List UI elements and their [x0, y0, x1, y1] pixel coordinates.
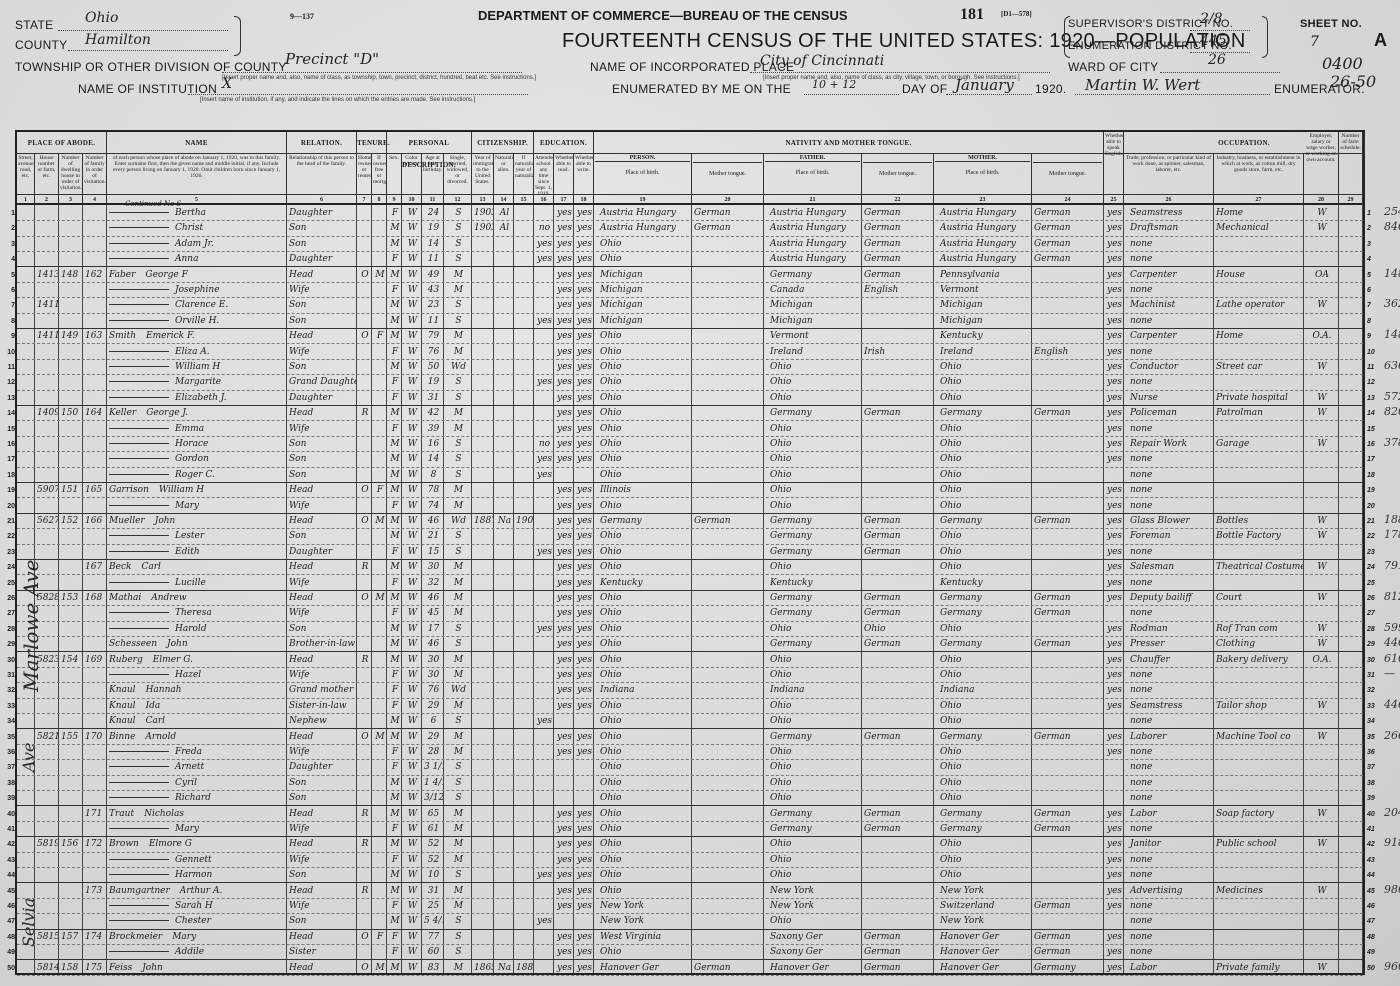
pob-cell: West Virginia	[596, 929, 695, 945]
age-cell: 14	[424, 451, 443, 467]
department-title: DEPARTMENT OF COMMERCE—BUREAU OF THE CEN…	[478, 8, 848, 23]
immig-cell	[474, 405, 493, 421]
f-tongue-cell: German	[864, 251, 933, 267]
read-cell: yes	[556, 528, 573, 544]
mort-cell	[374, 282, 386, 298]
relation-cell: Head	[289, 929, 356, 945]
m-pob-cell: Ohio	[936, 759, 1035, 775]
write-cell: yes	[576, 621, 593, 637]
mort-cell	[374, 205, 386, 221]
line-number: 38	[1, 775, 15, 791]
dwelling-cell: 154	[61, 652, 82, 668]
tongue-cell	[694, 344, 763, 360]
pob-cell: Ohio	[596, 852, 695, 868]
state-line	[58, 30, 228, 31]
col-header-4: Number of family in order of visitation.	[83, 154, 107, 194]
surname: Traut	[109, 809, 134, 819]
tongue-cell	[694, 867, 763, 883]
english-cell: yes	[1106, 929, 1123, 945]
township-note: [Insert proper name and, also, name of c…	[222, 75, 536, 81]
marital-cell: M	[446, 729, 471, 745]
natyr-cell	[516, 883, 533, 899]
relation-cell: Son	[289, 790, 356, 806]
nat-cell	[496, 944, 513, 960]
natyr-cell	[516, 836, 533, 852]
marital-cell: M	[446, 590, 471, 606]
write-cell: yes	[576, 205, 593, 221]
write-cell: yes	[576, 590, 593, 606]
ditto-dash	[109, 551, 169, 552]
line-number-right: 36	[1367, 744, 1375, 760]
age-cell: 1 4/12	[424, 775, 443, 791]
race-cell: W	[404, 313, 421, 329]
race-cell: W	[404, 790, 421, 806]
table-row: 2525LucilleWifeFW32MyesyesKentuckyKentuc…	[17, 575, 1363, 591]
given-name: John	[155, 516, 176, 526]
age-cell: 83	[424, 960, 443, 976]
m-pob-cell: Ohio	[936, 667, 1035, 683]
sex-cell: M	[389, 590, 401, 606]
pob-cell: Ohio	[596, 390, 695, 406]
dwelling-cell	[61, 498, 82, 514]
relation-cell: Son	[289, 359, 356, 375]
given-name: Gordon	[175, 454, 209, 464]
marital-cell: M	[446, 821, 471, 837]
column-number: 3	[59, 194, 83, 205]
industry-cell: Theatrical Costume	[1216, 559, 1303, 575]
sex-cell: F	[389, 667, 401, 683]
farm-schedule-cell	[1341, 913, 1362, 929]
trade-cell: none	[1126, 867, 1217, 883]
line-number-right: 1	[1367, 205, 1371, 221]
table-row: 33Adam Jr.SonMW14SyesyesyesOhioAustria H…	[17, 236, 1363, 252]
natyr-cell	[516, 652, 533, 668]
enumerator-line	[1075, 94, 1270, 95]
col-header-16: Attended school any time since Sept. 1, …	[534, 154, 554, 194]
ditto-dash	[109, 243, 169, 244]
f-tongue-cell	[864, 883, 933, 899]
class-cell	[1306, 821, 1338, 837]
f-tongue-cell	[864, 467, 933, 483]
race-cell: W	[404, 575, 421, 591]
relation-cell: Head	[289, 405, 356, 421]
house-cell	[37, 898, 58, 914]
line-number-right: 31	[1367, 667, 1375, 683]
sheet-number: 7	[1310, 34, 1319, 50]
home-cell	[359, 667, 371, 683]
industry-cell	[1216, 251, 1303, 267]
house-cell	[37, 713, 58, 729]
age-cell: 14	[424, 236, 443, 252]
m-pob-cell: Austria Hungary	[936, 220, 1035, 236]
school-cell	[536, 559, 553, 575]
school-cell	[536, 575, 553, 591]
industry-cell	[1216, 467, 1303, 483]
farm-schedule-cell	[1341, 929, 1362, 945]
column-number: 6	[287, 194, 357, 205]
m-tongue-cell	[1034, 390, 1103, 406]
column-number: 26	[1124, 194, 1214, 205]
sex-cell: M	[389, 513, 401, 529]
age-cell: 29	[424, 729, 443, 745]
english-cell: yes	[1106, 698, 1123, 714]
occupation-code: 980	[1384, 883, 1400, 896]
dwelling-cell	[61, 436, 82, 452]
read-cell: yes	[556, 359, 573, 375]
occupation-code: 812	[1384, 590, 1400, 603]
sex-cell: F	[389, 698, 401, 714]
school-cell: yes	[536, 867, 553, 883]
dwelling-cell	[61, 344, 82, 360]
line-number-right: 32	[1367, 682, 1375, 698]
trade-cell: none	[1126, 421, 1217, 437]
nat-cell	[496, 759, 513, 775]
school-cell	[536, 836, 553, 852]
marital-cell: M	[446, 575, 471, 591]
immig-cell	[474, 836, 493, 852]
immig-cell	[474, 498, 493, 514]
line-number: 15	[1, 421, 15, 437]
school-cell	[536, 282, 553, 298]
col-label: Mother tongue.	[693, 163, 762, 177]
name-cell: Richard	[109, 790, 286, 806]
immig-cell	[474, 898, 493, 914]
f-tongue-cell	[864, 852, 933, 868]
col-header-19: PERSON.Place of birth.	[594, 154, 692, 194]
natyr-cell	[516, 806, 533, 822]
sheet-letter: A	[1374, 30, 1387, 51]
relation-cell: Wife	[289, 898, 356, 914]
farm-schedule-cell	[1341, 236, 1362, 252]
race-cell: W	[404, 544, 421, 560]
line-number-right: 11	[1367, 359, 1374, 375]
name-cell: Harold	[109, 621, 286, 637]
write-cell: yes	[576, 282, 593, 298]
column-number: 19	[594, 194, 692, 205]
natyr-cell	[516, 775, 533, 791]
natyr-cell	[516, 636, 533, 652]
line-number-right: 10	[1367, 344, 1375, 360]
read-cell: yes	[556, 836, 573, 852]
home-cell: O	[359, 960, 371, 976]
group-tenure: TENURE.	[357, 132, 387, 154]
relation-cell: Head	[289, 559, 356, 575]
trade-cell: none	[1126, 313, 1217, 329]
col-header-11: Age at last birthday.	[422, 154, 444, 194]
surname: Knaul	[109, 685, 136, 695]
f-tongue-cell: German	[864, 236, 933, 252]
m-pob-cell: Ohio	[936, 852, 1035, 868]
relation-cell: Daughter	[289, 759, 356, 775]
mort-cell	[374, 898, 386, 914]
industry-cell: Soap factory	[1216, 806, 1303, 822]
table-row: 48485815157174BrockmeierMaryHeadOFFW77Sy…	[17, 929, 1363, 945]
age-cell: 78	[424, 482, 443, 498]
ditto-dash	[109, 674, 169, 675]
mort-cell	[374, 636, 386, 652]
dwelling-cell	[61, 713, 82, 729]
name-cell: MuellerJohn	[109, 513, 286, 529]
english-cell: yes	[1106, 374, 1123, 390]
name-cell: Horace	[109, 436, 286, 452]
table-row: 1010Eliza A.WifeFW76MyesyesOhioIrelandIr…	[17, 344, 1363, 360]
tongue-cell	[694, 236, 763, 252]
dwelling-cell: 150	[61, 405, 82, 421]
name-cell: Roger C.	[109, 467, 286, 483]
f-pob-cell: Germany	[766, 513, 865, 529]
tongue-cell	[694, 559, 763, 575]
pob-cell: Ohio	[596, 744, 695, 760]
dwelling-cell: 158	[61, 960, 82, 976]
dwelling-cell	[61, 852, 82, 868]
home-cell: O	[359, 328, 371, 344]
nat-cell	[496, 313, 513, 329]
line-number-right: 48	[1367, 929, 1375, 945]
pob-cell: Ohio	[596, 498, 695, 514]
tongue-cell	[694, 682, 763, 698]
read-cell: yes	[556, 605, 573, 621]
dwelling-cell: 155	[61, 729, 82, 745]
pob-cell: Ohio	[596, 236, 695, 252]
industry-cell	[1216, 236, 1303, 252]
english-cell: yes	[1106, 944, 1123, 960]
m-pob-cell: Ireland	[936, 344, 1035, 360]
class-cell: W	[1306, 806, 1338, 822]
sex-cell: F	[389, 929, 401, 945]
column-number: 4	[83, 194, 107, 205]
dwelling-cell	[61, 467, 82, 483]
name-cell: Freda	[109, 744, 286, 760]
race-cell: W	[404, 267, 421, 283]
given-name: Nicholas	[144, 809, 184, 819]
nat-cell: Na	[496, 960, 513, 976]
farm-schedule-cell	[1341, 590, 1362, 606]
dwelling-cell	[61, 236, 82, 252]
family-cell	[85, 944, 106, 960]
home-cell: R	[359, 559, 371, 575]
m-pob-cell: Germany	[936, 806, 1035, 822]
mort-cell	[374, 544, 386, 560]
mort-cell	[374, 344, 386, 360]
f-pob-cell: Germany	[766, 605, 865, 621]
mort-cell	[374, 913, 386, 929]
col-header-24: Mother tongue.	[1032, 154, 1104, 194]
house-cell	[37, 251, 58, 267]
line-number: 28	[1, 621, 15, 637]
given-name: Richard	[175, 793, 211, 803]
street-name-1: Marlowe Ave	[19, 560, 43, 692]
nat-cell	[496, 421, 513, 437]
read-cell: yes	[556, 251, 573, 267]
m-pob-cell: Vermont	[936, 282, 1035, 298]
institution-value: X	[222, 76, 232, 92]
street-name-3: Selvia	[19, 898, 38, 947]
table-row: 1212MargariteGrand DaughterFW19Syesyesye…	[17, 374, 1363, 390]
marital-cell: S	[446, 374, 471, 390]
class-cell: W	[1306, 590, 1338, 606]
pob-cell: Ohio	[596, 836, 695, 852]
home-cell: R	[359, 883, 371, 899]
f-pob-cell: New York	[766, 883, 865, 899]
mort-cell: M	[374, 729, 386, 745]
race-cell: W	[404, 421, 421, 437]
sex-cell: M	[389, 482, 401, 498]
mort-cell	[374, 359, 386, 375]
pob-cell: Ohio	[596, 251, 695, 267]
home-cell	[359, 713, 371, 729]
relation-cell: Grand Daughter	[289, 374, 356, 390]
race-cell: W	[404, 667, 421, 683]
house-cell: 5814	[37, 960, 58, 976]
f-tongue-cell: German	[864, 944, 933, 960]
f-pob-cell: Ohio	[766, 698, 865, 714]
column-number: 2	[35, 194, 59, 205]
given-name: Anna	[175, 254, 198, 264]
surname: Knaul	[109, 701, 136, 711]
school-cell	[536, 698, 553, 714]
m-tongue-cell	[1034, 467, 1103, 483]
immig-cell	[474, 682, 493, 698]
mort-cell	[374, 682, 386, 698]
english-cell	[1106, 913, 1123, 929]
english-cell: yes	[1106, 267, 1123, 283]
age-cell: 29	[424, 698, 443, 714]
pob-cell: Ohio	[596, 436, 695, 452]
line-number-right: 39	[1367, 790, 1375, 806]
dwelling-cell	[61, 744, 82, 760]
farm-schedule-cell	[1341, 513, 1362, 529]
pob-cell: Ohio	[596, 421, 695, 437]
read-cell: yes	[556, 667, 573, 683]
mort-cell	[374, 790, 386, 806]
class-cell	[1306, 575, 1338, 591]
industry-cell	[1216, 282, 1303, 298]
sex-cell: M	[389, 867, 401, 883]
table-row: 3636FredaWifeFW28MyesyesOhioOhioOhioyesn…	[17, 744, 1363, 760]
line-number-right: 14	[1367, 405, 1375, 421]
relation-cell: Daughter	[289, 544, 356, 560]
school-cell	[536, 421, 553, 437]
m-tongue-cell: German	[1034, 590, 1103, 606]
tongue-cell: German	[694, 220, 763, 236]
f-pob-cell: Ohio	[766, 913, 865, 929]
given-name: Arnett	[175, 762, 204, 772]
nat-cell	[496, 236, 513, 252]
f-tongue-cell: German	[864, 590, 933, 606]
tongue-cell	[694, 744, 763, 760]
pob-cell: Illinois	[596, 482, 695, 498]
f-tongue-cell: German	[864, 267, 933, 283]
trade-cell: none	[1126, 605, 1217, 621]
ditto-dash	[109, 782, 169, 783]
school-cell: yes	[536, 374, 553, 390]
english-cell: yes	[1106, 513, 1123, 529]
age-cell: 39	[424, 421, 443, 437]
pob-cell: Ohio	[596, 359, 695, 375]
immig-cell	[474, 929, 493, 945]
school-cell	[536, 636, 553, 652]
house-cell	[37, 374, 58, 390]
school-cell	[536, 528, 553, 544]
m-pob-cell: Ohio	[936, 621, 1035, 637]
english-cell: yes	[1106, 559, 1123, 575]
given-name: Harold	[175, 624, 207, 634]
sex-cell: F	[389, 821, 401, 837]
trade-cell: Salesman	[1126, 559, 1217, 575]
line-number: 5	[1, 267, 15, 283]
house-cell	[37, 759, 58, 775]
home-cell	[359, 636, 371, 652]
f-pob-cell: Ohio	[766, 498, 865, 514]
dwelling-cell	[61, 220, 82, 236]
f-pob-cell: Germany	[766, 821, 865, 837]
f-pob-cell: Ohio	[766, 744, 865, 760]
line-number: 4	[1, 251, 15, 267]
tongue-cell	[694, 775, 763, 791]
relation-cell: Head	[289, 729, 356, 745]
house-cell	[37, 236, 58, 252]
pob-cell: Ohio	[596, 467, 695, 483]
marital-cell: M	[446, 344, 471, 360]
house-cell	[37, 698, 58, 714]
name-cell: FeissJohn	[109, 960, 286, 976]
sex-cell: M	[389, 713, 401, 729]
pob-cell: Ohio	[596, 621, 695, 637]
marital-cell: S	[446, 528, 471, 544]
relation-cell: Son	[289, 913, 356, 929]
industry-cell	[1216, 929, 1303, 945]
school-cell	[536, 652, 553, 668]
race-cell: W	[404, 806, 421, 822]
m-tongue-cell: German	[1034, 944, 1103, 960]
f-tongue-cell	[864, 559, 933, 575]
race-cell: W	[404, 698, 421, 714]
family-cell	[85, 575, 106, 591]
name-cell: Josephine	[109, 282, 286, 298]
farm-schedule-cell	[1341, 944, 1362, 960]
house-cell: 1409	[37, 405, 58, 421]
name-cell: KnaulCarl	[109, 713, 286, 729]
given-name: Mary	[172, 932, 196, 942]
tongue-cell	[694, 544, 763, 560]
table-row: 2828HaroldSonMW17SyesyesyesOhioOhioOhioO…	[17, 621, 1363, 637]
industry-cell	[1216, 944, 1303, 960]
state-value: Ohio	[85, 10, 118, 26]
family-cell: 166	[85, 513, 106, 529]
natyr-cell	[516, 929, 533, 945]
nat-cell	[496, 390, 513, 406]
given-name: Sarah H	[175, 901, 213, 911]
mort-cell	[374, 775, 386, 791]
ditto-dash	[109, 951, 169, 952]
surname: Smith	[109, 331, 136, 341]
name-cell: Cyril	[109, 775, 286, 791]
family-cell	[85, 852, 106, 868]
relation-cell: Wife	[289, 605, 356, 621]
occupation-code: 378	[1384, 436, 1400, 449]
nat-cell	[496, 883, 513, 899]
given-name: Edith	[175, 547, 200, 557]
trade-cell: Rodman	[1126, 621, 1217, 637]
occupation-code: 960	[1384, 960, 1400, 973]
farm-schedule-cell	[1341, 836, 1362, 852]
line-number-right: 41	[1367, 821, 1375, 837]
english-cell: yes	[1106, 544, 1123, 560]
age-cell: 25	[424, 898, 443, 914]
line-number: 18	[1, 467, 15, 483]
family-cell	[85, 282, 106, 298]
industry-cell	[1216, 759, 1303, 775]
